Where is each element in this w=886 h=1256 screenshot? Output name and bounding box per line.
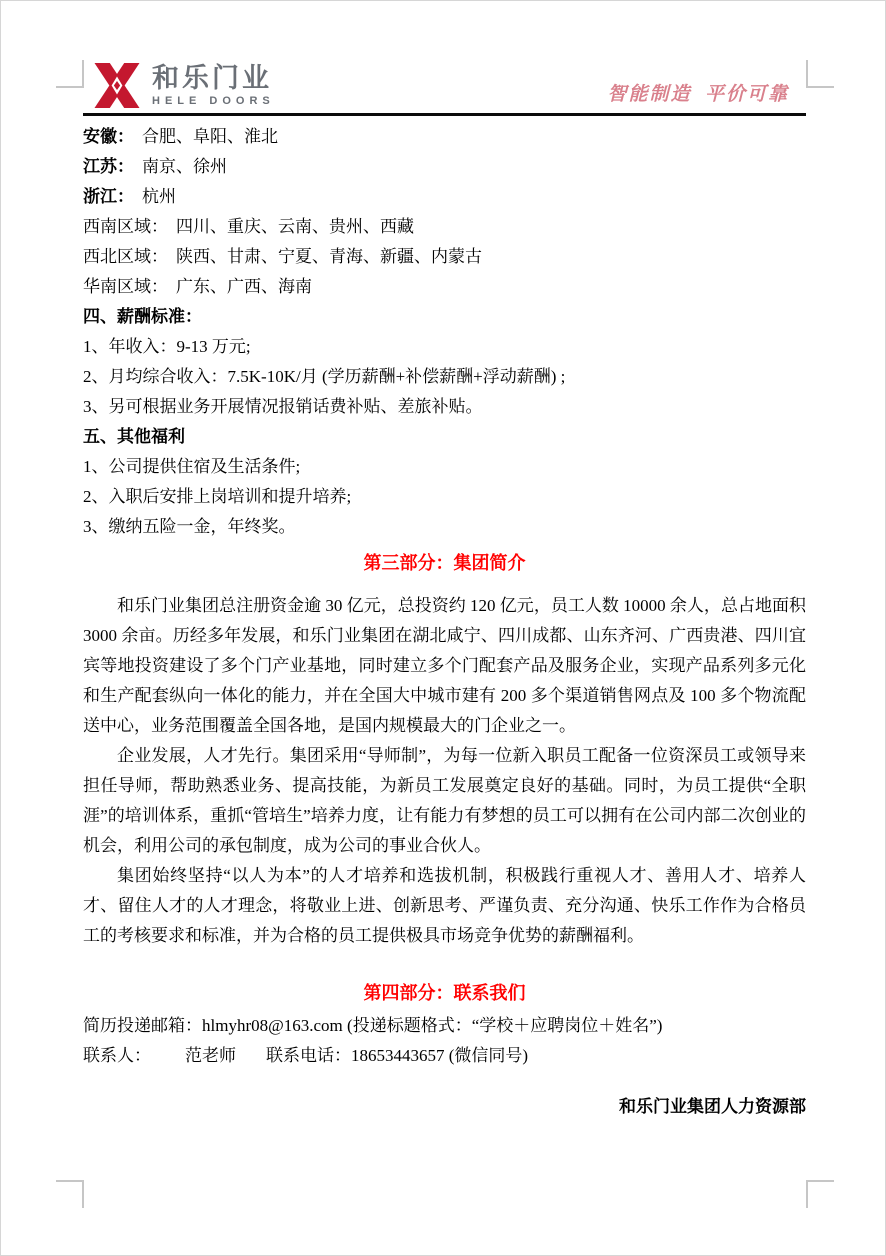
- region-line-northwest: 西北区域：陕西、甘肃、宁夏、青海、新疆、内蒙古: [83, 242, 806, 272]
- group-intro: 和乐门业集团总注册资金逾 30 亿元，总投资约 120 亿元，员工人数 1000…: [83, 591, 806, 951]
- intro-paragraph: 企业发展，人才先行。集团采用“导师制”，为每一位新入职员工配备一位资深员工或领导…: [83, 741, 806, 861]
- salary-section-heading: 四、薪酬标准：: [83, 302, 806, 332]
- region-cities: 南京、徐州: [142, 157, 227, 176]
- region-cities: 合肥、阜阳、淮北: [142, 127, 278, 146]
- region-label: 西北区域：: [83, 247, 168, 266]
- intro-paragraph: 集团始终坚持“以人为本”的人才培养和选拔机制，积极践行重视人才、善用人才、培养人…: [83, 861, 806, 951]
- region-label: 江苏：: [83, 157, 134, 176]
- intro-paragraph: 和乐门业集团总注册资金逾 30 亿元，总投资约 120 亿元，员工人数 1000…: [83, 591, 806, 741]
- hele-doors-logo-icon: [94, 63, 140, 108]
- crop-mark-bottom-left: [56, 1180, 84, 1208]
- salary-item: 3、另可根据业务开展情况报销话费补贴、差旅补贴。: [83, 392, 806, 422]
- company-logo: 和乐门业 HELE DOORS: [94, 63, 275, 108]
- contact-phone-label: 联系电话：: [266, 1046, 351, 1065]
- crop-mark-bottom-right: [806, 1180, 834, 1208]
- contact-person-line: 联系人：范老师联系电话：18653443657 (微信同号): [83, 1041, 806, 1071]
- region-cities: 广东、广西、海南: [176, 277, 312, 296]
- email-label: 简历投递邮箱：: [83, 1016, 202, 1035]
- document-page: 和乐门业 HELE DOORS 智能制造 平价可靠 安徽：合肥、阜阳、淮北 江苏…: [0, 0, 886, 1256]
- region-line-anhui: 安徽：合肥、阜阳、淮北: [83, 122, 806, 152]
- crop-mark-top-left: [56, 60, 84, 88]
- brand-tagline: 智能制造 平价可靠: [607, 79, 789, 106]
- region-cities: 四川、重庆、云南、贵州、西藏: [176, 217, 414, 236]
- document-body: 安徽：合肥、阜阳、淮北 江苏：南京、徐州 浙江：杭州 西南区域：四川、重庆、云南…: [83, 122, 806, 1122]
- welfare-item: 1、公司提供住宿及生活条件;: [83, 452, 806, 482]
- salary-item: 1、年收入：9-13 万元;: [83, 332, 806, 362]
- region-line-zhejiang: 浙江：杭州: [83, 182, 806, 212]
- header-divider: [83, 113, 806, 116]
- contact-email-line: 简历投递邮箱：hlmyhr08@163.com (投递标题格式：“学校＋应聘岗位…: [83, 1011, 806, 1041]
- region-cities: 陕西、甘肃、宁夏、青海、新疆、内蒙古: [176, 247, 482, 266]
- logo-text-block: 和乐门业 HELE DOORS: [152, 64, 275, 108]
- region-line-jiangsu: 江苏：南京、徐州: [83, 152, 806, 182]
- logo-subtitle: HELE DOORS: [152, 94, 275, 108]
- crop-mark-top-right: [806, 60, 834, 88]
- contact-person-label: 联系人：: [83, 1046, 151, 1065]
- salary-item: 2、月均综合收入：7.5K-10K/月 (学历薪酬+补偿薪酬+浮动薪酬) ;: [83, 362, 806, 392]
- region-label: 浙江：: [83, 187, 134, 206]
- email-address: hlmyhr08@163.com: [202, 1016, 343, 1035]
- region-label: 华南区域：: [83, 277, 168, 296]
- region-label: 西南区域：: [83, 217, 168, 236]
- region-label: 安徽：: [83, 127, 134, 146]
- contact-person-name: 范老师: [185, 1046, 236, 1065]
- contact-phone-number: 18653443657: [351, 1046, 445, 1065]
- welfare-section-heading: 五、其他福利: [83, 422, 806, 452]
- welfare-item: 2、入职后安排上岗培训和提升培养;: [83, 482, 806, 512]
- region-line-southwest: 西南区域：四川、重庆、云南、贵州、西藏: [83, 212, 806, 242]
- logo-title: 和乐门业: [152, 64, 275, 92]
- email-note: (投递标题格式：“学校＋应聘岗位＋姓名”): [343, 1016, 663, 1035]
- signature-hr-department: 和乐门业集团人力资源部: [83, 1092, 806, 1122]
- region-line-south: 华南区域：广东、广西、海南: [83, 272, 806, 302]
- part3-heading: 第三部分：集团简介: [83, 548, 806, 578]
- welfare-item: 3、缴纳五险一金，年终奖。: [83, 512, 806, 542]
- contact-phone-note: (微信同号): [445, 1046, 529, 1065]
- part4-heading: 第四部分：联系我们: [83, 978, 806, 1008]
- region-cities: 杭州: [142, 187, 176, 206]
